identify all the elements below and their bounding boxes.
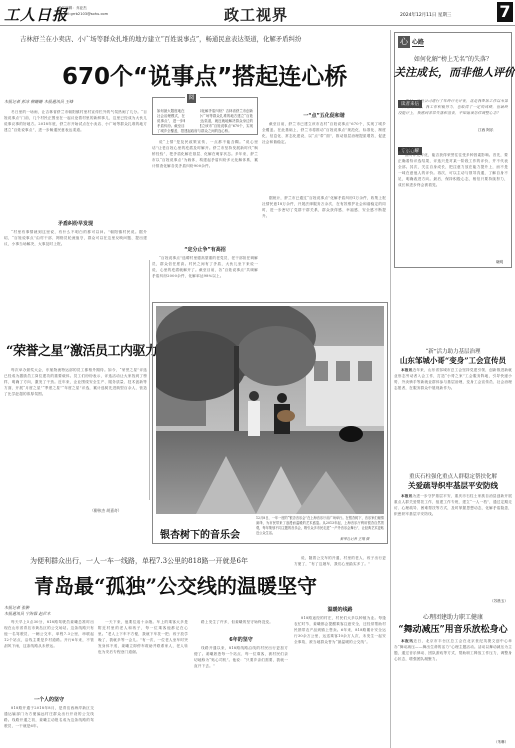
advice-headline: 关注成长，而非他人评价 xyxy=(394,64,512,80)
bus-col1-text: 每天早上5点30分，818路驾驶员姜曦总准时出现在山东省青岛市黄岛区的公交场站。… xyxy=(4,620,94,690)
story2-lead: 本报讯 xyxy=(401,494,413,498)
lead-col1-text: 冬日里的一场雨，让吉林省舒兰市朝阳镇村里村宣传栏外的气氛热闹了几分。“百姓说事点… xyxy=(4,110,147,194)
bus-col3-text: 路上发生了许多，但姜曦的坚守始终没变。 xyxy=(194,620,288,634)
photo-feature-title: 银杏树下的音乐会 xyxy=(160,526,240,541)
story2-headline: 关爱疏导织牢基层平安防线 xyxy=(394,480,512,491)
lead-kicker: 吉林舒兰在小卖店、小广场等群众扎堆的地方建立“百姓说事点”，畅通民意表达渠道，化… xyxy=(20,34,301,43)
advice-kicker: 如何化解“榜上无名”的失落？ xyxy=(394,54,512,63)
story3-kicker: 心理团建助力职工健康 xyxy=(394,612,512,621)
lead-subhead-2: “定分止争”有高招 xyxy=(152,246,258,253)
expert-answer-text: 面对评先评优，能否获得荣誉往往受多种因素影响。首先，要正确看待评选结果，评选只是… xyxy=(398,153,508,261)
bus-col1b-text: 818路开通于2018年8月，是青岛西海岸新区交通运输部门为方便偏远村庄群众出行… xyxy=(4,706,94,748)
lead-col1b-text: “村里有事情就到这里说，有什么不明白的都可以问。”朝阳镇村民说。据介绍，“百姓说… xyxy=(4,230,147,314)
issue-date: 2024年12月11日 星期三 xyxy=(400,12,451,18)
concert-photo xyxy=(156,306,384,514)
lead-headline: 670个“说事点”搭起连心桥 xyxy=(62,58,347,91)
honor-author: （柳伟杰 胡嘉奇） xyxy=(90,508,122,514)
story1-text: 本报讯近年来，山东省邹城市总工会坚持党建引领，创新推进新就业形态劳动者入会工作，… xyxy=(394,368,512,464)
bus-col4b-text: 818路途经的村庄，村民们大多以种植为业。每逢农忙时节，姜曦都会提醒乘客注意安全… xyxy=(294,616,386,748)
bus-subhead-3: 温暖的线路 xyxy=(294,606,386,613)
column-logo-icon: 心 xyxy=(398,36,410,48)
lead-subhead-1: 矛盾纠纷早发现 xyxy=(4,220,147,227)
story3-author: （朱琳） xyxy=(494,740,508,745)
section-title: 政工视界 xyxy=(224,4,288,25)
lead-col3b-text: 据统计，舒兰市已通过“百姓说事点”化解矛盾纠纷1万余件，收集上报社情民意18万余… xyxy=(262,196,386,296)
page-number: 7 xyxy=(497,2,513,22)
column-header: 心 心路 xyxy=(398,36,424,48)
reading-tip-text: 如何最大限度地在基层预防和化解矛盾纠纷？吉林省舒兰市创新社会治理模式，在小卖店、… xyxy=(157,109,253,134)
story1-body: 近年来，山东省邹城市总工会坚持党建引领，创新推进新就业形态劳动者入会工作，打造“… xyxy=(394,368,512,390)
bus-subhead-2: 6年的坚守 xyxy=(194,636,288,643)
reading-tip-tag: 阅读提示 xyxy=(185,94,200,128)
lead-byline: 本报记者 彭冰 柳姗姗 本报通讯员 王峰 xyxy=(4,99,149,105)
bus-byline: 本报记者 张翀 本报通讯员 宁海霖 赵世本 xyxy=(4,605,94,617)
sidebar-divider xyxy=(390,30,391,748)
story3-headline: “舞动减压”用音乐放松身心 xyxy=(394,622,512,635)
honor-text: 每次举办颁奖大会，东航物流特运部的员工都格外期待。如今，“荣誉之星”评选已经成为… xyxy=(4,368,147,508)
honor-headline: “荣誉之星”激活员工内驱力 xyxy=(6,340,157,359)
bus-headline: 青岛最“孤独”公交线的温暖坚守 xyxy=(34,570,317,599)
reader-signature: 江西 阿乐 xyxy=(478,128,494,133)
bus-col2-text: 一天下来，他要往返十余趟。车上的乘客大多是附近村里的老人和孩子，每一位乘客他都记… xyxy=(98,620,188,748)
bus-byline-correspondent: 本报通讯员 宁海霖 赵世本 xyxy=(4,611,94,617)
bus-subhead-1: 一个人的坚守 xyxy=(4,696,94,703)
reading-tip-label: 阅读提示 xyxy=(187,94,196,103)
column-name: 心路 xyxy=(412,37,424,47)
lead-col3-text: 截至目前，舒兰市已建立该市农村“百姓说事点”670个，实现了城乡全覆盖。在此基础… xyxy=(262,122,386,192)
editor-info: 责任编辑：乔亚杰 E-mail:grrb2103@sohu.com xyxy=(58,5,108,17)
bus-kicker: 为便利群众出行，一人一车一线路，单程7.3公里的818路一开就是6年 xyxy=(30,556,248,566)
expert-signature: 晓明 xyxy=(496,260,503,265)
column-divider xyxy=(149,260,150,500)
photo-credit: 新华社记者 王翔 摄 xyxy=(340,536,369,541)
story3-lead: 本报讯 xyxy=(401,639,413,643)
story1-headline: 山东邹城小哥“变身”工会宣传员 xyxy=(394,355,512,366)
story2-kicker: 重庆石柱强化重点人群稳定帮扶化解 xyxy=(394,472,512,480)
story2-text: 本报讯为进一步守护基层平安，重庆市石柱土家族自治县创新开展重点人群关爱帮扶工作，… xyxy=(394,494,512,594)
story2-author: （苏晨玉） xyxy=(490,599,508,604)
story2-body: 为进一步守护基层平安，重庆市石柱土家族自治县创新开展重点人群关爱帮扶工作，组建工… xyxy=(394,494,512,516)
editor-email: E-mail:grrb2103@sohu.com xyxy=(58,11,108,17)
bus-col3b-text: 线路开通以来，818路线路沿线的村民出行更加方便了。姜曦熟悉每一个站点、每一位乘… xyxy=(194,646,288,748)
concert-photo-image xyxy=(156,306,384,514)
story1-lead: 本报讯 xyxy=(401,368,413,372)
story3-text: 本报讯近日，北京市丰台区总工会在北京世纪英捷文创中心举办“舞动减压——舞出生命的… xyxy=(394,639,512,743)
photo-caption: 12月8日，一年一度的“银杏音乐会”在上海音乐厅前广场举行。在银杏树下，音乐家们… xyxy=(256,516,384,536)
reader-letter-text: 你好，最近公司进行了年终评先评优，这是我参加工作以来第一次经历评选。我工作积极努… xyxy=(398,99,508,129)
bus-col4-text: 说，随着公交车的开通，村里的老人、孩子出行更方便了，“有了这趟车，我们心里踏实多… xyxy=(294,556,386,604)
lead-subhead-3: 一“点”五化促和谐 xyxy=(262,112,386,119)
lead-col2b-text: “百姓说事点”选聘村里德高望重的老党员、老干部担任调解员，群众信任度高。村民之间… xyxy=(152,256,258,296)
reading-tip-box: 阅读提示 如何最大限度地在基层预防和化解矛盾纠纷？吉林省舒兰市创新社会治理模式，… xyxy=(152,97,258,135)
story1-kicker: “新”活力助力基层治理 xyxy=(394,347,512,355)
